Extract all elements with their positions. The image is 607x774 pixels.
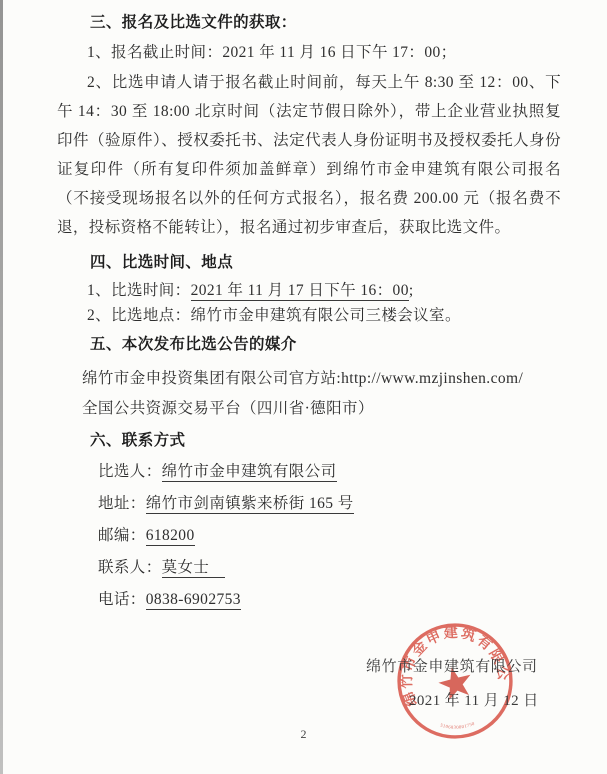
section3-heading: 三、报名及比选文件的获取： [57, 8, 561, 38]
contact-value: 0838-6902753 [146, 591, 241, 610]
contact-label: 地址： [98, 495, 146, 512]
contact-label: 邮编： [98, 527, 146, 544]
seal-serial-number: 5106830001750 [438, 715, 476, 735]
media-public-platform: 全国公共资源交易平台（四川省·德阳市） [82, 394, 561, 424]
section3-item2: 2、比选申请人请于报名截止时间前，每天上午 8:30 至 12：00、下午 14… [57, 68, 561, 242]
bixuan-time-value: 2021 年 11 月 17 日下午 16：00 [191, 282, 409, 301]
section6-heading: 六、联系方式 [57, 426, 561, 456]
section4-heading: 四、比选时间、地点 [57, 248, 561, 278]
scan-edge-artifact [0, 0, 3, 774]
page-number: 2 [0, 727, 607, 742]
contact-row-person: 联系人：莫女士 [98, 552, 561, 584]
contact-value: 绵竹市剑南镇紫来桥街 165 号 [146, 495, 354, 514]
contact-label: 比选人： [98, 463, 162, 480]
contact-row-address: 地址：绵竹市剑南镇紫来桥街 165 号 [98, 488, 561, 520]
document-body: 三、报名及比选文件的获取： 1、报名截止时间：2021 年 11 月 16 日下… [57, 8, 561, 616]
signature-date: 2021 年 11 月 12 日 [409, 689, 539, 710]
contact-value: 618200 [146, 527, 195, 546]
document-page: 三、报名及比选文件的获取： 1、报名截止时间：2021 年 11 月 16 日下… [0, 0, 607, 774]
contact-row-postcode: 邮编：618200 [98, 520, 561, 552]
section3-item1: 1、报名截止时间：2021 年 11 月 16 日下午 17：00； [57, 38, 561, 68]
section4-item2: 2、比选地点：绵竹市金申建筑有限公司三楼会议室。 [57, 303, 561, 328]
section5-heading: 五、本次发布比选公告的媒介 [57, 330, 561, 360]
contact-label: 电话： [98, 591, 146, 608]
section4-item1: 1、比选时间：2021 年 11 月 17 日下午 16：00; [57, 278, 561, 303]
bixuan-time-tail: ; [409, 282, 414, 299]
media-official-site: 绵竹市金申投资集团有限公司官方站:http://www.mzjinshen.co… [82, 364, 561, 394]
contact-row-bixuanren: 比选人：绵竹市金申建筑有限公司 [98, 456, 561, 488]
contact-value: 绵竹市金申建筑有限公司 [162, 463, 337, 482]
contact-value: 莫女士 [162, 559, 226, 578]
signature-company-name: 绵竹市金申建筑有限公司 [366, 655, 538, 676]
bixuan-time-label: 1、比选时间： [87, 282, 191, 299]
contact-label: 联系人： [98, 559, 162, 576]
